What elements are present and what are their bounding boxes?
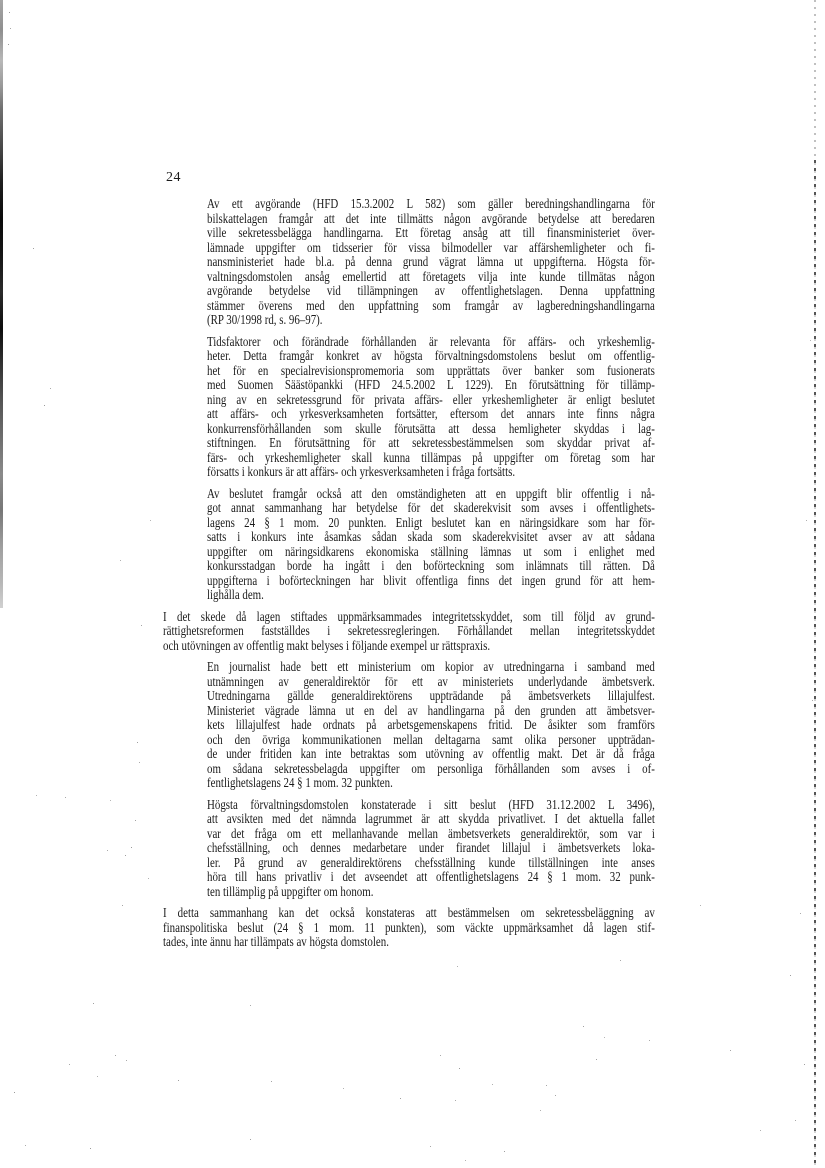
- text-line: het för en specialrevisionspromemoria so…: [207, 364, 655, 379]
- text-line: färs- och yrkeshemligheter skall kunna t…: [207, 451, 655, 466]
- page-content: Av ett avgörande (HFD 15.3.2002 L 582) s…: [163, 197, 783, 957]
- text-line: bilskattelagen framgår att det inte till…: [207, 212, 655, 227]
- text-line: uppgifter om näringsidkarens ekonomiska …: [207, 545, 655, 560]
- text-line: om sådana sekretessbelagda uppgifter om …: [207, 762, 655, 777]
- text-line: ning av en sekretessgrund för privata af…: [207, 393, 655, 408]
- text-line: lämnade uppgifter om tidsserier för viss…: [207, 241, 655, 256]
- text-line: fentlighetslagens 24 § 1 mom. 32 punkten…: [207, 776, 655, 791]
- text-line: En journalist hade bett ett ministerium …: [207, 660, 655, 675]
- text-line: lagens 24 § 1 mom. 20 punkten. Enligt be…: [207, 516, 655, 531]
- document-page: 24 Av ett avgörande (HFD 15.3.2002 L 582…: [0, 0, 825, 1168]
- scan-edge-artifact-right-top: [814, 0, 816, 160]
- text-line: och utövningen av offentlig makt belyses…: [163, 639, 655, 654]
- text-line: rättighetsreformen fastställdes i sekret…: [163, 624, 655, 639]
- text-line: finanspolitiska beslut (24 § 1 mom. 11 p…: [163, 921, 655, 936]
- text-line: (RP 30/1998 rd, s. 96–97).: [207, 313, 655, 328]
- text-line: stämmer överens med den uppfattning som …: [207, 299, 655, 314]
- text-line: stiftningen. En förutsättning för att se…: [207, 436, 655, 451]
- text-line: konkurrensförhållanden som skulle föruts…: [207, 422, 655, 437]
- text-line: kets lillajulfest hade ordnats på arbets…: [207, 718, 655, 733]
- text-line: tades, inte ännu har tillämpats av högst…: [163, 935, 655, 950]
- text-line: utnämningen av generaldirektör för ett a…: [207, 675, 655, 690]
- text-line: ville sekretessbelägga handlingarna. Ett…: [207, 226, 655, 241]
- text-line: att affärs- och yrkesverksamheten fortsä…: [207, 407, 655, 422]
- scan-edge-artifact-right: [814, 160, 816, 1168]
- text-line: heter. Detta framgår konkret av högsta f…: [207, 349, 655, 364]
- page-number: 24: [166, 170, 181, 186]
- text-line: och den övriga kommunikationen mellan de…: [207, 733, 655, 748]
- text-line: lighålla dem.: [207, 588, 655, 603]
- paragraph-ruling-hfd-582: Av ett avgörande (HFD 15.3.2002 L 582) s…: [207, 197, 655, 328]
- text-line: Högsta förvaltningsdomstolen konstaterad…: [207, 798, 655, 813]
- text-line: med Suomen Säästöpankki (HFD 24.5.2002 L…: [207, 378, 655, 393]
- scan-edge-artifact-left: [0, 0, 3, 608]
- text-line: Utredningarna gällde generaldirektörens …: [207, 689, 655, 704]
- text-line: got annat sammanhang har betydelse för d…: [207, 501, 655, 516]
- paragraph-ruling-hfd-3496: Högsta förvaltningsdomstolen konstaterad…: [207, 798, 655, 900]
- paragraph-journalist-case: En journalist hade bett ett ministerium …: [207, 660, 655, 791]
- text-line: uppgifterna i boförteckningen har blivit…: [207, 574, 655, 589]
- text-line: var det fråga om ett mellanhavande mella…: [207, 827, 655, 842]
- text-line: höra till hans privatliv i det avseendet…: [207, 870, 655, 885]
- text-line: valtningsdomstolen ansåg emellertid att …: [207, 270, 655, 285]
- text-line: I det skede då lagen stiftades uppmärksa…: [163, 610, 655, 625]
- scan-noise-speckles: [0, 0, 1, 1]
- text-line: avgörande betydelse vid tillämpningen av…: [207, 284, 655, 299]
- text-line: Tidsfaktorer och förändrade förhållanden…: [207, 335, 655, 350]
- text-line: nansministeriet hade bl.a. på denna grun…: [207, 255, 655, 270]
- text-line: konkursstadgan borde ha ingått i den bof…: [207, 559, 655, 574]
- text-line: Av ett avgörande (HFD 15.3.2002 L 582) s…: [207, 197, 655, 212]
- text-line: att avsikten med det nämnda lagrummet är…: [207, 812, 655, 827]
- text-line: satts i konkurs inte åsamkas sådan skada…: [207, 530, 655, 545]
- paragraph-fiscal-policy-secrecy: I detta sammanhang kan det också konstat…: [163, 906, 655, 950]
- text-line: försatts i konkurs är att affärs- och yr…: [207, 465, 655, 480]
- paragraph-time-factors: Tidsfaktorer och förändrade förhållanden…: [207, 335, 655, 480]
- text-line: Ministeriet vägrade lämna ut en del av h…: [207, 704, 655, 719]
- text-line: chefsställning, och dennes medarbetare u…: [207, 841, 655, 856]
- paragraph-integrity-protection: I det skede då lagen stiftades uppmärksa…: [163, 610, 655, 654]
- text-line: ten tillämplig på uppgifter om honom.: [207, 885, 655, 900]
- text-line: I detta sammanhang kan det också konstat…: [163, 906, 655, 921]
- text-line: ler. På grund av generaldirektörens chef…: [207, 856, 655, 871]
- paragraph-bankruptcy-disclosure: Av beslutet framgår också att den omstän…: [207, 487, 655, 603]
- text-line: de under fritiden kan inte betraktas som…: [207, 747, 655, 762]
- text-line: Av beslutet framgår också att den omstän…: [207, 487, 655, 502]
